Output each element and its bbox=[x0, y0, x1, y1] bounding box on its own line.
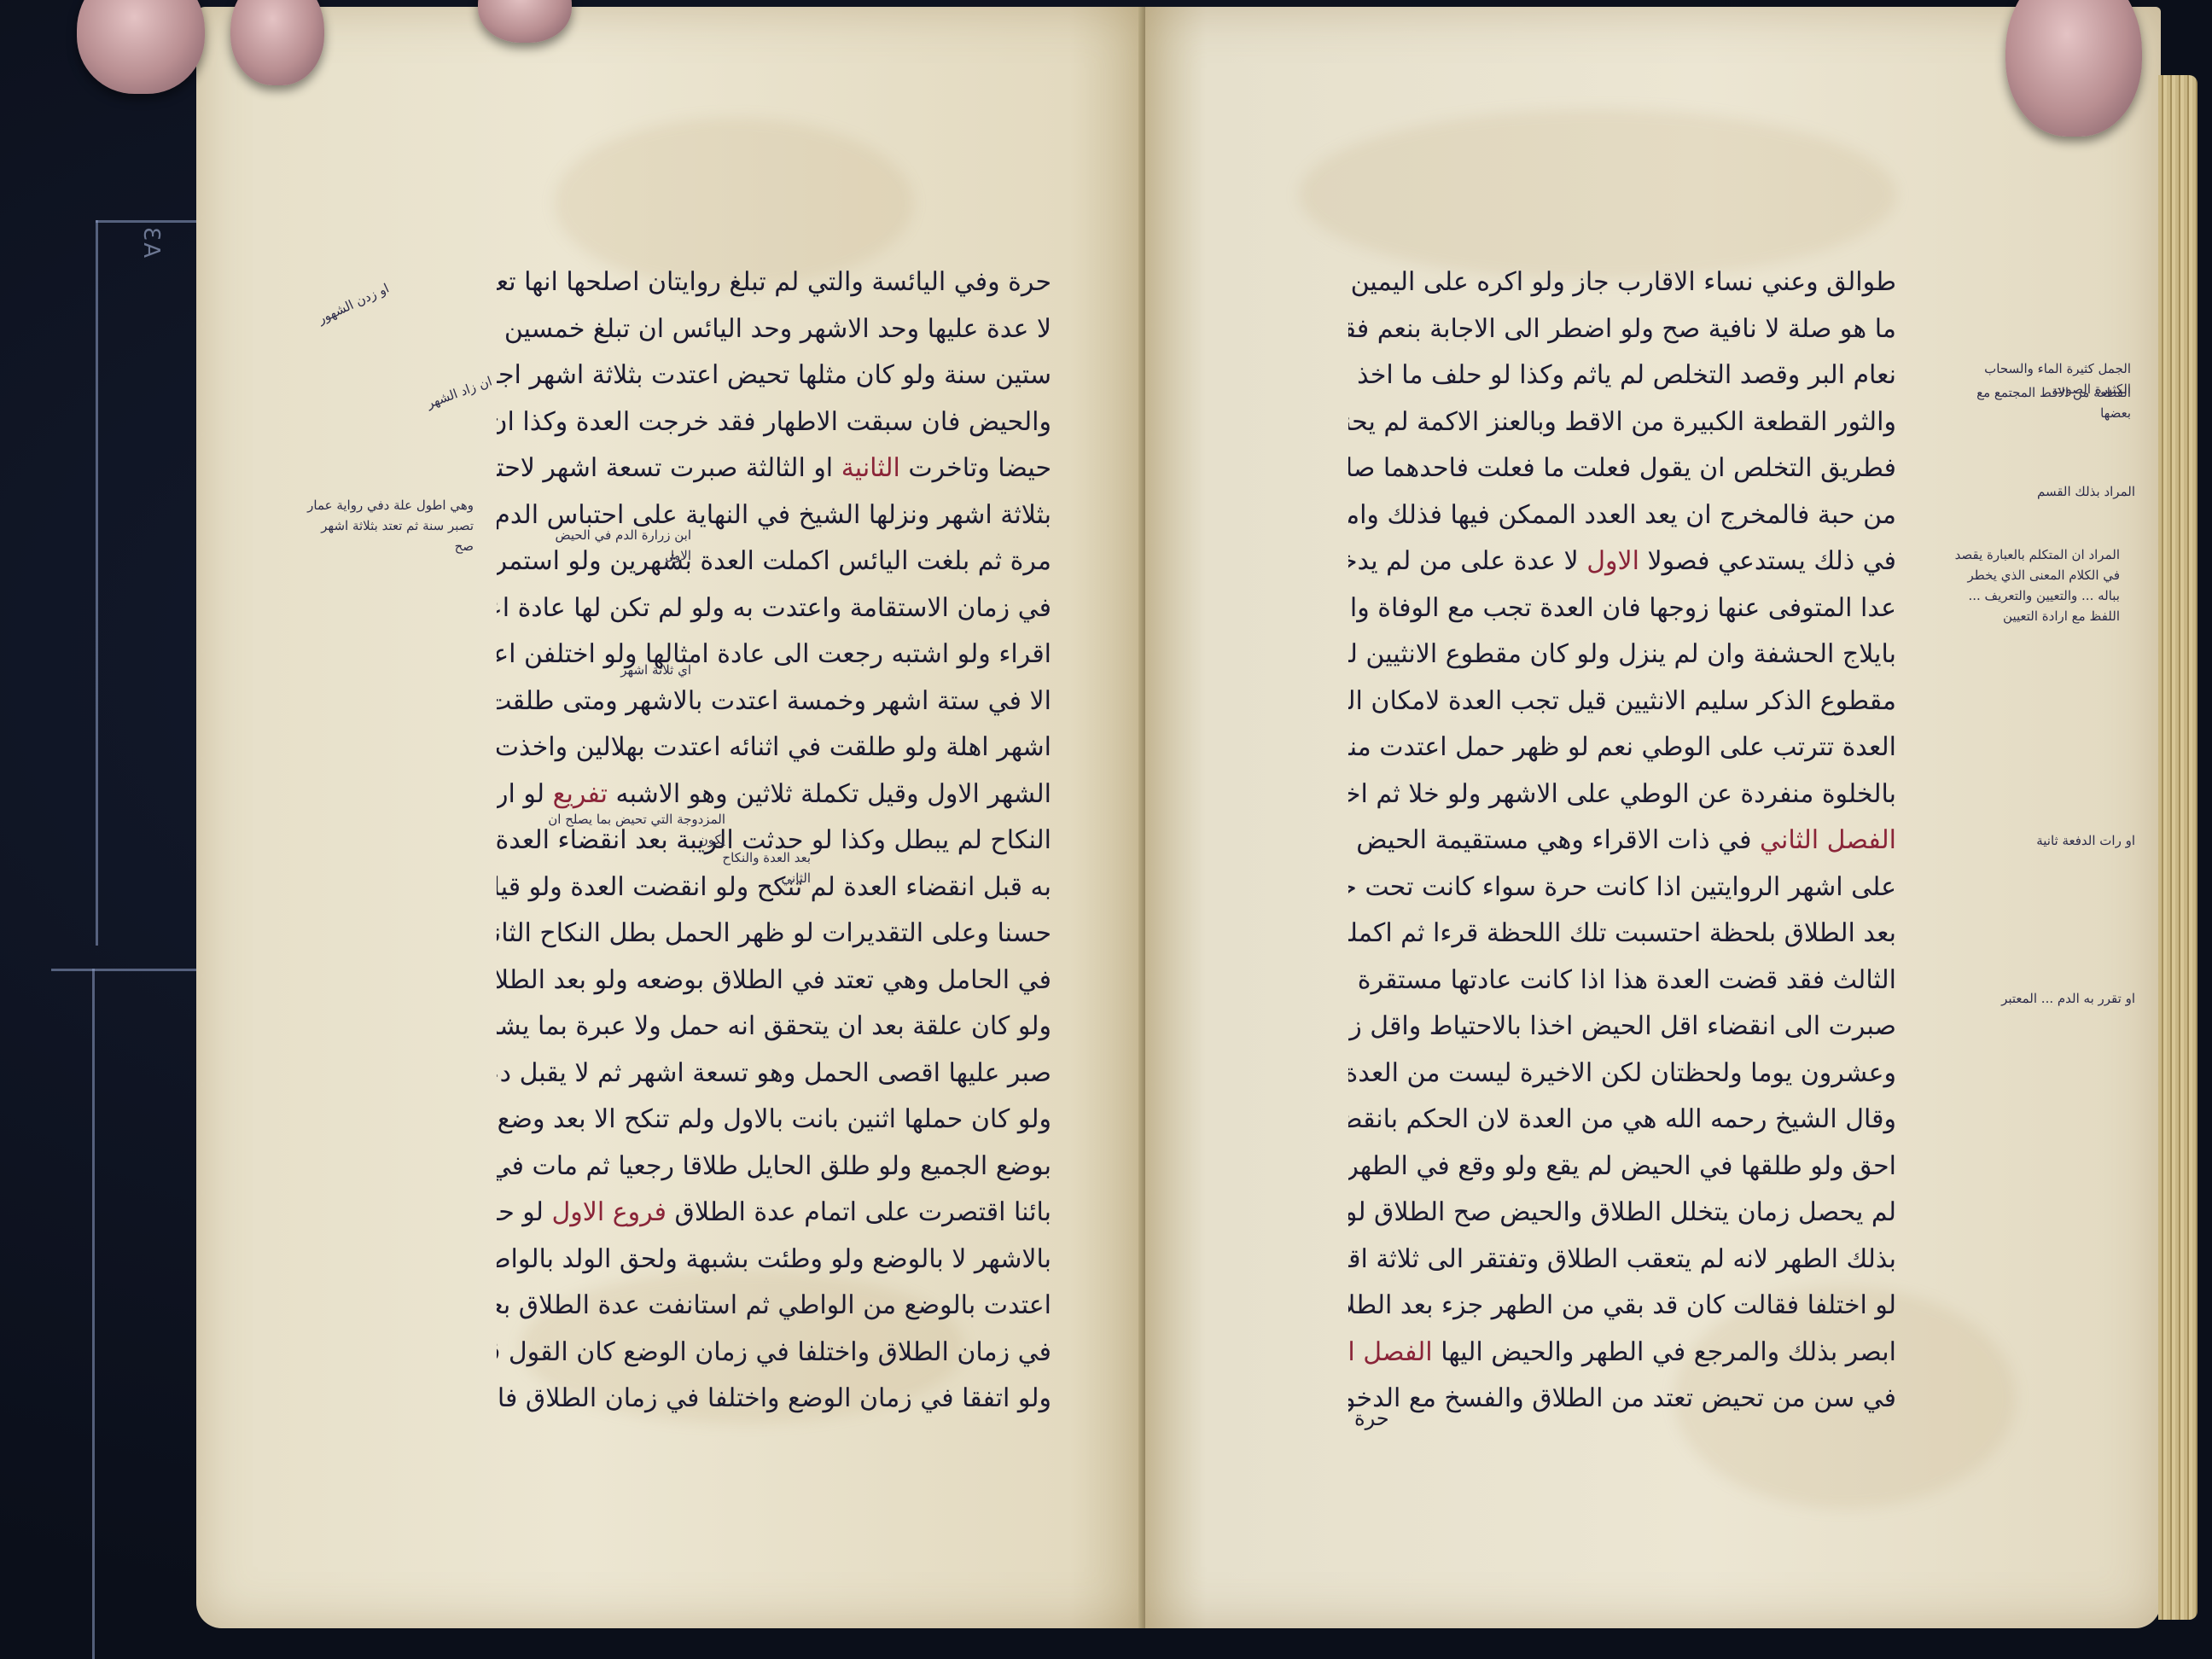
margin-note: القطعة من الاقط المجتمع مع بعضها bbox=[1960, 382, 2131, 423]
margin-note: المزدوجة التي تحيض بما يصلح ان يكون bbox=[521, 809, 725, 850]
text-line: بايلاج الحشفة وان لم ينزل ولو كان مقطوع … bbox=[1348, 632, 1896, 678]
rubric-heading: الفصل الثالث bbox=[1348, 1337, 1433, 1367]
margin-note: بعد العدة والنكاح الثاني bbox=[691, 847, 811, 888]
text-line: في ذلك يستدعي فصولا الاول لا عدة على من … bbox=[1348, 538, 1896, 585]
margin-note: او تقرر به الدم ... المعتبر bbox=[1965, 988, 2135, 1009]
margin-note: المراد ان المتكلم بالعبارة يقصد في الكلا… bbox=[1949, 544, 2120, 818]
text-line: ابصر بذلك والمرجع في الطهر والحيض اليها … bbox=[1348, 1330, 1896, 1377]
catchword: حرة bbox=[1354, 1406, 1389, 1430]
margin-note: او زدن الشهور bbox=[299, 278, 393, 336]
margin-note: وهي اطول علة دفي رواية عمار تصبر سنة ثم … bbox=[303, 495, 474, 556]
margin-note: المراد بذلك القسم bbox=[1999, 481, 2135, 502]
text-line: حيضا وتاخرت الثانية او الثالثة صبرت تسعة… bbox=[497, 445, 1051, 492]
text-line: نعام البر وقصد التخلص لم ياثم وكذا لو حل… bbox=[1348, 352, 1896, 399]
finger-left bbox=[230, 0, 324, 85]
rubric-heading: الفصل الثاني bbox=[1760, 825, 1896, 855]
margin-note: اي ثلاثة اشهر bbox=[572, 660, 691, 680]
text-line: حسنا وعلى التقديرات لو ظهر الحمل بطل الن… bbox=[497, 911, 1051, 958]
right-page-text-block: طوالق وعني نساء الاقارب جاز ولو اكره على… bbox=[1348, 259, 1896, 1423]
text-line: احق ولو طلقها في الحيض لم يقع ولو وقع في… bbox=[1348, 1144, 1896, 1190]
text-line: حرة وفي اليائسة والتي لم تبلغ روايتان اص… bbox=[497, 259, 1051, 306]
text-line: مقطوع الذكر سليم الانثيين قيل تجب العدة … bbox=[1348, 678, 1896, 725]
text-line: بالاشهر لا بالوضع ولو وطئت بشبهة ولحق ال… bbox=[497, 1237, 1051, 1284]
board-guide-line-horizontal bbox=[96, 220, 201, 223]
text-line: ستين سنة ولو كان مثلها تحيض اعتدت بثلاثة… bbox=[497, 352, 1051, 399]
text-line: ولو اتفقا في زمان الوضع واختلفا في زمان … bbox=[497, 1376, 1051, 1423]
text-line: بائنا اقتصرت على اتمام عدة الطلاق فروع ا… bbox=[497, 1190, 1051, 1237]
text-line: على اشهر الروايتين اذا كانت حرة سواء كان… bbox=[1348, 864, 1896, 911]
text-line: لم يحصل زمان يتخلل الطلاق والحيض صح الطل… bbox=[1348, 1190, 1896, 1237]
text-line: بذلك الطهر لانه لم يتعقب الطلاق وتفتقر ا… bbox=[1348, 1237, 1896, 1284]
text-line: في الحامل وهي تعتد في الطلاق بوضعه ولو ب… bbox=[497, 958, 1051, 1004]
text-line: الا في ستة اشهر وخمسة اعتدت بالاشهر ومتى… bbox=[497, 678, 1051, 725]
page-fore-edge bbox=[2158, 75, 2197, 1620]
rubric-heading: تفريع bbox=[553, 779, 608, 809]
text-line: من حبة فالمخرج ان يعد العدد الممكن فيها … bbox=[1348, 492, 1896, 539]
text-line: لو اختلفا فقالت كان قد بقي من الطهر جزء … bbox=[1348, 1283, 1896, 1330]
board-guide-line-lower bbox=[51, 969, 201, 971]
water-stain bbox=[1299, 109, 1896, 280]
text-line: بوضع الجميع ولو طلق الحايل طلاقا رجعيا ث… bbox=[497, 1144, 1051, 1190]
text-line: في زمان الطلاق واختلفا في زمان الوضع كان… bbox=[497, 1330, 1051, 1377]
text-line: والحيض فان سبقت الاطهار فقد خرجت العدة و… bbox=[497, 399, 1051, 446]
text-line: بعد الطلاق بلحظة احتسبت تلك اللحظة قرءا … bbox=[1348, 911, 1896, 958]
text-line: ولو كان حملها اثنين بانت بالاول ولم تنكح… bbox=[497, 1097, 1051, 1144]
text-line: صبر عليها اقصى الحمل وهو تسعة اشهر ثم لا… bbox=[497, 1051, 1051, 1097]
rubric-heading: فروع الاول bbox=[551, 1197, 667, 1227]
text-line: في سن من تحيض تعتد من الطلاق والفسخ مع ا… bbox=[1348, 1376, 1896, 1423]
text-line: والثور القطعة الكبيرة من الاقط وبالعنز ا… bbox=[1348, 399, 1896, 446]
rubric-heading: الاول bbox=[1586, 546, 1639, 576]
text-line: فطريق التخلص ان يقول فعلت ما فعلت فاحدهم… bbox=[1348, 445, 1896, 492]
left-page: حرة وفي اليائسة والتي لم تبلغ روايتان اص… bbox=[196, 7, 1145, 1628]
margin-note: ان زاد الشهر bbox=[375, 371, 495, 431]
text-line: بالخلوة منفردة عن الوطي على الاشهر ولو خ… bbox=[1348, 771, 1896, 818]
board-label: A3 bbox=[138, 225, 164, 258]
open-manuscript: حرة وفي اليائسة والتي لم تبلغ روايتان اص… bbox=[196, 7, 2197, 1628]
text-line: لا عدة عليها وحد الاشهر وحد اليائس ان تب… bbox=[497, 306, 1051, 353]
text-line: في زمان الاستقامة واعتدت به ولو لم تكن ل… bbox=[497, 585, 1051, 632]
text-line: صبرت الى انقضاء اقل الحيض اخذا بالاحتياط… bbox=[1348, 1004, 1896, 1051]
text-line: وقال الشيخ رحمه الله هي من العدة لان الح… bbox=[1348, 1097, 1896, 1144]
board-guide-line-vertical bbox=[96, 220, 98, 946]
text-line: العدة تترتب على الوطي نعم لو ظهر حمل اعت… bbox=[1348, 725, 1896, 771]
text-line: اعتدت بالوضع من الواطي ثم استانفت عدة ال… bbox=[497, 1283, 1051, 1330]
text-line: الثالث فقد قضت العدة هذا اذا كانت عادتها… bbox=[1348, 958, 1896, 1004]
margin-note: او رات الدفعة ثانية bbox=[1965, 830, 2135, 851]
text-line: عدا المتوفى عنها زوجها فان العدة تجب مع … bbox=[1348, 585, 1896, 632]
text-line: الفصل الثاني في ذات الاقراء وهي مستقيمة … bbox=[1348, 818, 1896, 864]
text-line: ما هو صلة لا نافية صح ولو اضطر الى الاجا… bbox=[1348, 306, 1896, 353]
text-line: اشهر اهلة ولو طلقت في اثنائه اعتدت بهلال… bbox=[497, 725, 1051, 771]
right-page: طوالق وعني نساء الاقارب جاز ولو اكره على… bbox=[1145, 7, 2161, 1628]
text-line: طوالق وعني نساء الاقارب جاز ولو اكره على… bbox=[1348, 259, 1896, 306]
thumb-right bbox=[2005, 0, 2142, 137]
rubric-heading: الثانية bbox=[841, 453, 900, 483]
text-line: ولو كان علقة بعد ان يتحقق انه حمل ولا عب… bbox=[497, 1004, 1051, 1051]
text-line: وعشرون يوما ولحظتان لكن الاخيرة ليست من … bbox=[1348, 1051, 1896, 1097]
margin-note: ابن زرارة الدم في الحيض الاول bbox=[538, 525, 691, 566]
board-guide-line-lower-vertical bbox=[92, 969, 95, 1659]
